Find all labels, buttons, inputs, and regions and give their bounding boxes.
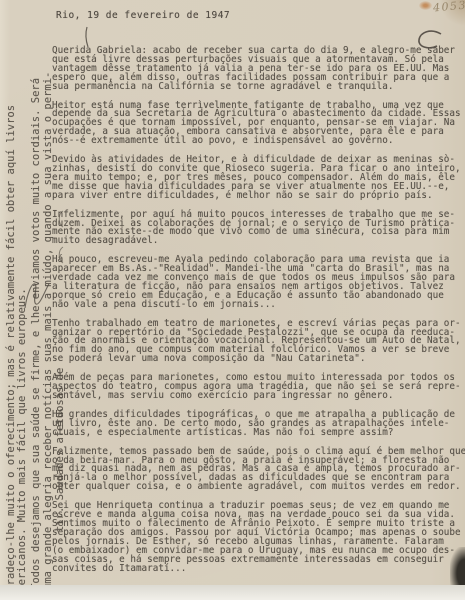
letter-paragraph: Devido às atividades de Heitor, e à difi… <box>52 156 464 201</box>
letter-paragraph: Tenho trabalhado em teatro de marionetes… <box>52 320 464 365</box>
letter-paragraph: Há grandes dificuldades tipográficas, o … <box>52 411 464 438</box>
margin-note-line: tir. Saudades afetuosas de <box>55 368 66 532</box>
letter-paragraph: Sei que Henriqueta continua a traduzir p… <box>52 502 464 573</box>
letter-paragraph: Heitor está numa fase terrìvelmente fati… <box>52 102 464 147</box>
letter-scan-page: 4053 Rio, 19 de fevereiro de 1947 Querid… <box>0 0 465 600</box>
margin-note-line: Todos desejamos que sua saúde se firme, … <box>31 78 42 590</box>
dateline: Rio, 19 de fevereiro de 1947 <box>56 10 230 21</box>
scan-background <box>0 585 465 600</box>
letter-body: Querida Gabriela: acabo de receber sua c… <box>52 47 464 583</box>
margin-note-line: Agradeço-lhe muito o oferecimento; mas é… <box>6 105 17 598</box>
stain-mark <box>419 1 432 10</box>
letter-paper: 4053 Rio, 19 de fevereiro de 1947 Querid… <box>0 0 465 585</box>
letter-paragraph: Além de peças para marionetes, como esto… <box>52 374 464 401</box>
margin-note-line: americanos. Muito mais fácil que livros … <box>17 288 28 598</box>
margin-note-line: uma grande alegria receber notícias suas… <box>43 72 54 590</box>
letter-paragraph: Querida Gabriela: acabo de receber sua c… <box>52 47 464 92</box>
letter-paragraph: Infelizmente, por aquí há muito poucos i… <box>52 211 464 247</box>
archival-number: 4053 <box>432 0 465 14</box>
letter-paragraph: Há pouco, escreveu-me Ayala pedindo cola… <box>52 256 464 309</box>
letter-paragraph: Felizmente, temos passado bem de saúde, … <box>52 448 464 493</box>
